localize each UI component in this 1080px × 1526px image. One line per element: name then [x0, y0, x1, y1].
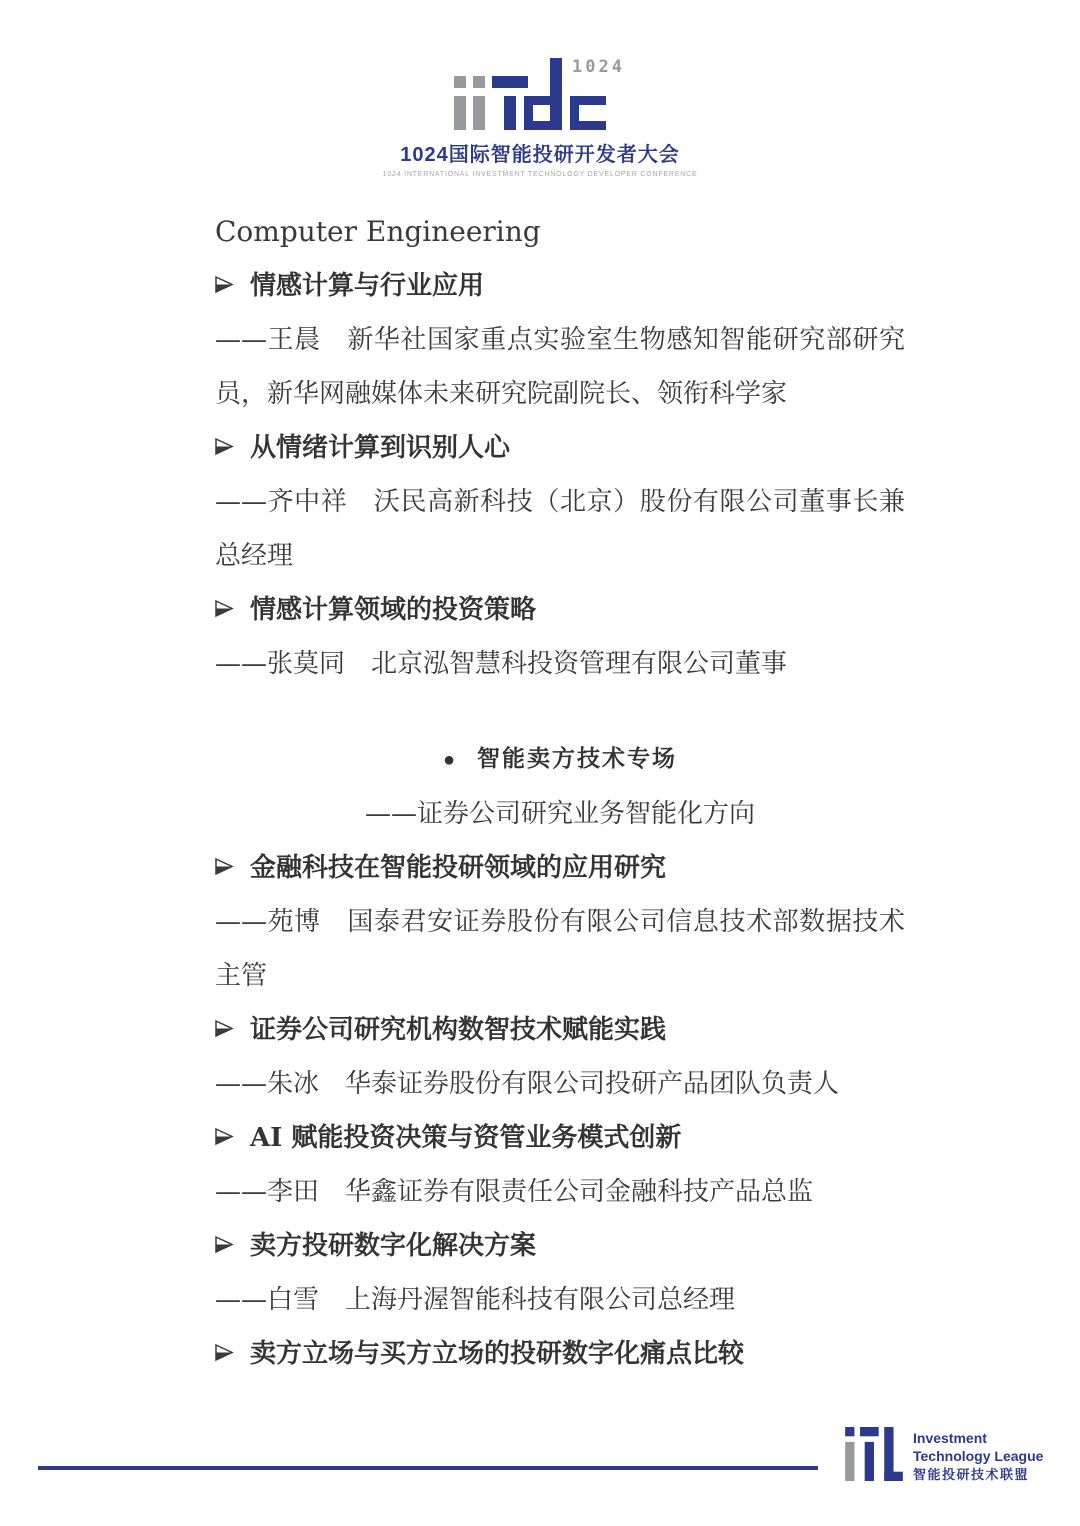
arrow-bullet-icon: [215, 437, 234, 456]
agenda-list: Computer Engineering 情感计算与行业应用 ——王晨 新华社国…: [215, 205, 905, 1381]
arrow-bullet-icon: [215, 1019, 234, 1038]
arrow-bullet-icon: [215, 599, 234, 618]
conference-title-cn: 1024国际智能投研开发者大会: [0, 138, 1080, 167]
itl-logo-line1: Investment: [913, 1429, 1043, 1447]
talk-title: AI 赋能投资决策与资管业务模式创新: [215, 1111, 905, 1165]
arrow-bullet-icon: [215, 1235, 234, 1254]
conference-logo: 1024 1024国际智能投研开发者大会 1024 INTERNATIONAL …: [0, 50, 1080, 178]
talk-title-text: 从情绪计算到识别人心: [250, 433, 510, 463]
arrow-bullet-icon: [215, 275, 234, 294]
talk-title: 金融科技在智能投研领域的应用研究: [215, 841, 905, 895]
speaker-line: ——王晨 新华社国家重点实验室生物感知智能研究部研究员，新华网融媒体未来研究院副…: [215, 313, 905, 421]
document-page: 1024 1024国际智能投研开发者大会 1024 INTERNATIONAL …: [0, 0, 1080, 1526]
itl-logo: Investment Technology League 智能投研技术联盟: [845, 1427, 1043, 1484]
talk-title: 从情绪计算到识别人心: [215, 421, 905, 475]
talk-title-text: 卖方投研数字化解决方案: [250, 1231, 536, 1261]
section-title-text: 智能卖方技术专场: [477, 745, 677, 771]
section-subtitle: ——证券公司研究业务智能化方向: [215, 787, 905, 841]
track-label: Computer Engineering: [215, 205, 905, 259]
speaker-line: ——李田 华鑫证券有限责任公司金融科技产品总监: [215, 1165, 905, 1219]
speaker-line: ——苑博 国泰君安证券股份有限公司信息技术部数据技术主管: [215, 895, 905, 1003]
speaker-line: ——朱冰 华泰证券股份有限公司投研产品团队负责人: [215, 1057, 905, 1111]
iitdc-logo-icon: 1024: [454, 50, 626, 134]
arrow-bullet-icon: [215, 1127, 234, 1146]
section-title: ●智能卖方技术专场: [215, 731, 905, 787]
talk-title-text: 卖方立场与买方立场的投研数字化痛点比较: [250, 1339, 744, 1369]
arrow-bullet-icon: [215, 857, 234, 876]
speaker-line: ——白雪 上海丹渥智能科技有限公司总经理: [215, 1273, 905, 1327]
talk-title: 情感计算与行业应用: [215, 259, 905, 313]
speaker-line: ——齐中祥 沃民高新科技（北京）股份有限公司董事长兼总经理: [215, 475, 905, 583]
talk-title: 证券公司研究机构数智技术赋能实践: [215, 1003, 905, 1057]
itl-logo-text: Investment Technology League 智能投研技术联盟: [913, 1427, 1043, 1484]
conference-title-en: 1024 INTERNATIONAL INVESTMENT TECHNOLOGY…: [0, 171, 1080, 178]
logo-badge-1024: 1024: [572, 57, 625, 77]
talk-title: 卖方立场与买方立场的投研数字化痛点比较: [215, 1327, 905, 1381]
talk-title-text: 情感计算领域的投资策略: [250, 595, 536, 625]
itl-logo-line3: 智能投研技术联盟: [913, 1466, 1043, 1484]
talk-title: 情感计算领域的投资策略: [215, 583, 905, 637]
arrow-bullet-icon: [215, 1343, 234, 1362]
talk-title-text: 证券公司研究机构数智技术赋能实践: [250, 1015, 666, 1045]
talk-title: 卖方投研数字化解决方案: [215, 1219, 905, 1273]
itl-logo-line2: Technology League: [913, 1447, 1043, 1465]
itl-logo-icon: [845, 1427, 903, 1481]
talk-title-text: 情感计算与行业应用: [250, 271, 484, 301]
dot-bullet-icon: ●: [443, 749, 455, 771]
speaker-line: ——张莫同 北京泓智慧科投资管理有限公司董事: [215, 637, 905, 691]
footer-divider: [38, 1466, 818, 1470]
talk-title-text: AI 赋能投资决策与资管业务模式创新: [250, 1123, 681, 1153]
talk-title-text: 金融科技在智能投研领域的应用研究: [250, 853, 666, 883]
